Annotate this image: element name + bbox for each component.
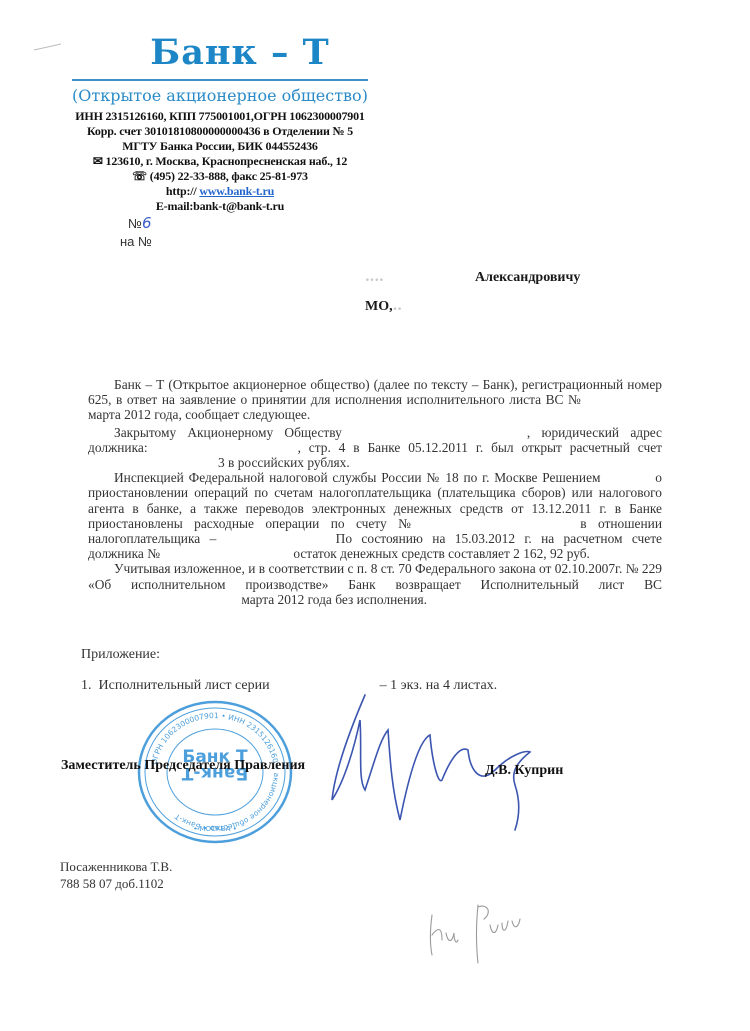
envelope-icon: ✉ bbox=[93, 154, 103, 168]
executor-name: Посаженникова Т.В. bbox=[60, 858, 172, 875]
handwritten-note bbox=[420, 885, 540, 965]
bank-phone-line: ☏ (495) 22-33-888, факс 25-81-973 bbox=[60, 169, 380, 184]
redacted-text: ‥ bbox=[393, 298, 593, 315]
paragraph-2: Закрытому Акционерному Обществу, юридиче… bbox=[88, 425, 662, 471]
paragraph-1: Банк – Т (Открытое акционерное общество)… bbox=[88, 377, 662, 423]
bank-inn-line: ИНН 2315126160, КПП 775001001,ОГРН 10623… bbox=[60, 109, 380, 124]
outgoing-number-handwritten: 6 bbox=[142, 214, 152, 232]
bank-corr-account-line: Корр. счет 30101810800000000436 в Отделе… bbox=[60, 124, 380, 139]
signer-title: Заместитель Председателя Правления bbox=[61, 758, 305, 774]
redacted-text: ‥‥ bbox=[365, 269, 475, 286]
bank-address-line: ✉ 123610, г. Москва, Краснопресненская н… bbox=[60, 154, 380, 169]
executor-info: Посаженникова Т.В. 788 58 07 доб.1102 bbox=[60, 858, 172, 892]
incoming-number: на № bbox=[120, 234, 152, 249]
letter-body: Банк – Т (Открытое акционерное общество)… bbox=[88, 377, 662, 607]
signer-name: Д.В. Куприн bbox=[485, 763, 563, 779]
letterhead-divider bbox=[72, 79, 368, 81]
svg-text:• МОСКВА •: • МОСКВА • bbox=[193, 825, 237, 833]
bank-website-line: http:// www.bank-t.ru bbox=[60, 184, 380, 199]
addressee-line-1: ‥‥Александровичу bbox=[365, 269, 580, 286]
addressee-line-2: МО, ‥ bbox=[365, 298, 593, 315]
bank-website-link[interactable]: www.bank-t.ru bbox=[199, 184, 274, 198]
attachment-title: Приложение: bbox=[81, 647, 160, 663]
paragraph-4: Учитывая изложенное, и в соответствии с … bbox=[88, 561, 662, 607]
bank-email-line: E-mail:bank-t@bank-t.ru bbox=[60, 199, 380, 214]
bank-org-form: (Открытое акционерное общество) bbox=[60, 85, 380, 107]
executor-phone: 788 58 07 доб.1102 bbox=[60, 875, 172, 892]
phone-icon: ☏ bbox=[132, 169, 147, 183]
bank-mgtu-line: МГТУ Банка России, БИК 044552436 bbox=[60, 139, 380, 154]
bank-name: Банк – Т bbox=[140, 33, 340, 73]
letterhead-mark bbox=[33, 38, 63, 46]
outgoing-number: №6 bbox=[128, 214, 152, 232]
paragraph-3: Инспекцией Федеральной налоговой службы … bbox=[88, 470, 662, 561]
